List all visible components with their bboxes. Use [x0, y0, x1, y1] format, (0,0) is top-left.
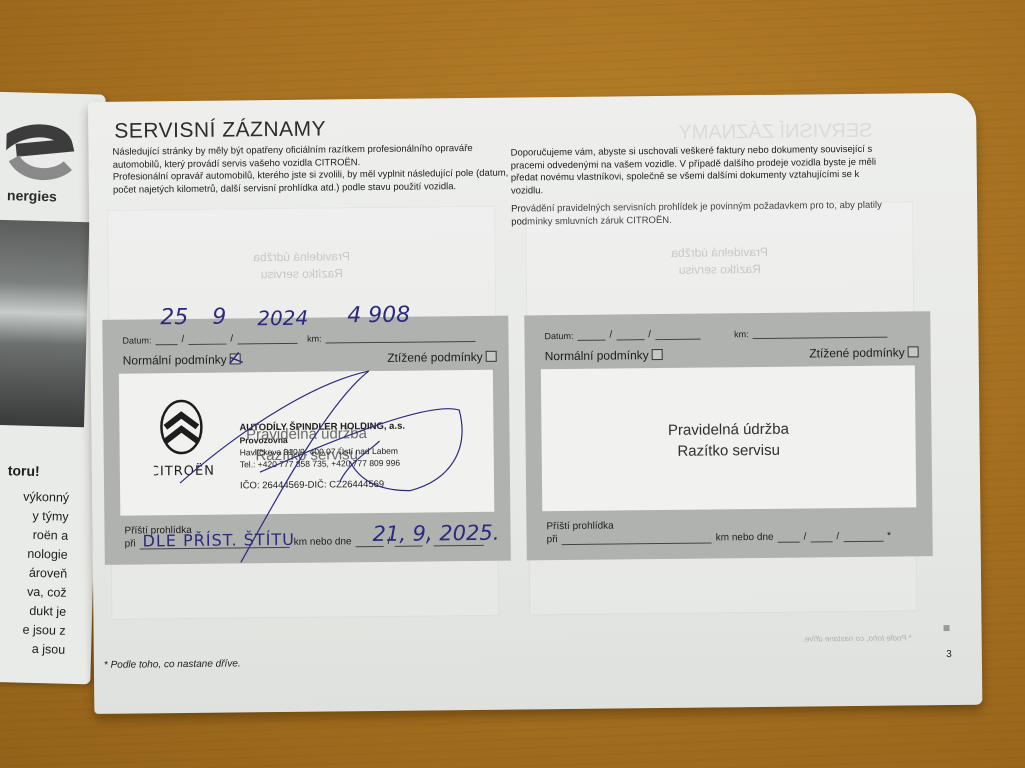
stamp-area: Pravidelná údržbaRazítko servisu CITROËN… [119, 370, 494, 516]
ghost-title: SERVISNÍ ZÁZNAMY [678, 120, 872, 145]
page-number: 3 [946, 649, 952, 660]
page-marker [944, 625, 950, 631]
next-km-field[interactable] [562, 531, 712, 545]
left-body-text: výkonný y týmy roën a nologie ároveň va,… [0, 487, 99, 661]
date-day-field[interactable] [577, 329, 605, 341]
date-month-field[interactable] [616, 328, 644, 340]
handwritten-km: 4 908 [347, 303, 410, 329]
next-year-field[interactable] [843, 530, 883, 542]
handwritten-next-date: 21, 9, 2025. [372, 521, 499, 546]
service-records-page: SERVISNÍ ZÁZNAMY SERVISNÍ ZÁZNAMY Násled… [88, 93, 982, 714]
page-title: SERVISNÍ ZÁZNAMY [114, 118, 326, 144]
service-record-1: Datum: / / km: Normální podmínky Ztížené… [102, 316, 511, 565]
footnote: * Podle toho, co nastane dříve. [104, 658, 241, 670]
handwritten-year: 2024 [257, 306, 308, 331]
harsh-conditions-checkbox[interactable] [908, 346, 919, 357]
next-month-field[interactable] [810, 530, 832, 542]
ghost-footnote: * Podle toho, co nastane dříve. [802, 633, 911, 643]
km-field[interactable] [752, 326, 887, 339]
left-heading: toru! [8, 462, 40, 479]
next-day-field[interactable] [777, 531, 799, 543]
date-year-field[interactable] [655, 328, 700, 340]
stamp-area: Pravidelná údržbaRazítko servisu [541, 365, 916, 511]
handwritten-month: 9 [212, 305, 226, 330]
date-label: Datum: [122, 335, 151, 345]
landscape-photo [0, 220, 89, 428]
handwritten-next-km: DLE PŘÍST. ŠTÍTU [143, 530, 295, 551]
citroen-e-logo-icon [5, 114, 77, 186]
handwritten-day: 25 [160, 305, 188, 330]
brand-text: nergies [7, 187, 57, 204]
normal-conditions-checkbox[interactable] [652, 349, 663, 360]
service-record-2: Datum: / / km: Normální podmínky Ztížené… [524, 311, 933, 560]
intro-left: Následující stránky by měly být opatřeny… [112, 143, 513, 197]
